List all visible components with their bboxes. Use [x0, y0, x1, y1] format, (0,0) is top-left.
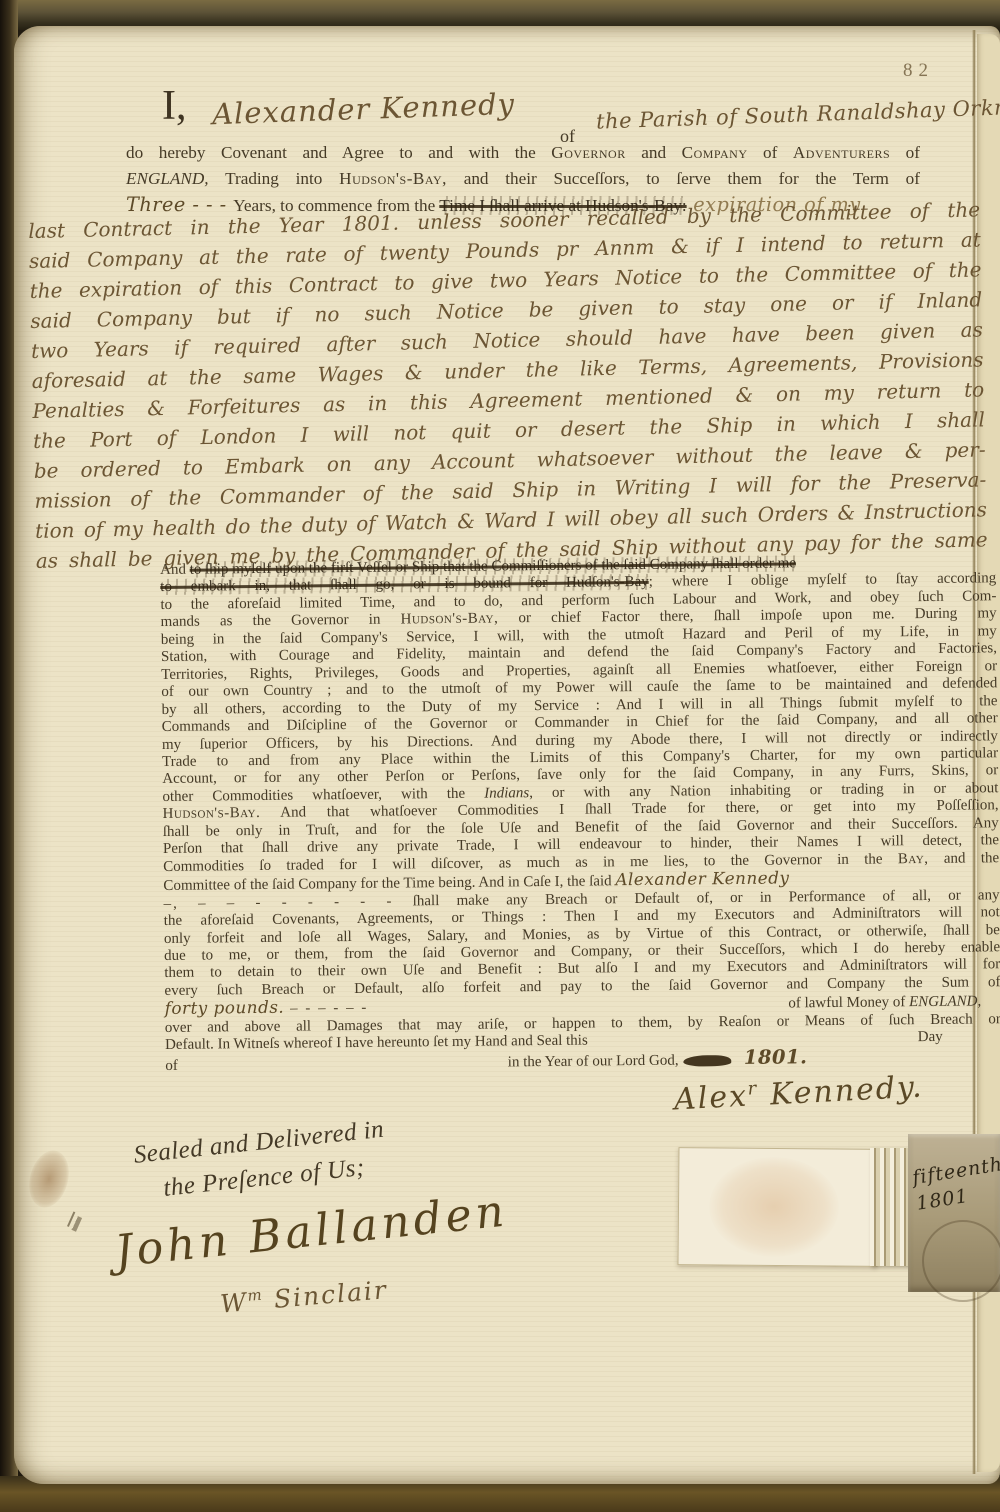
handwritten-terms-block: last Contract in the Year 1801. unless s… — [28, 194, 988, 576]
document-page: 82 I, Alexander Kennedy of the Parish of… — [14, 26, 1000, 1484]
opening-initial: I, — [162, 82, 187, 130]
seal-paper-slip — [677, 1147, 878, 1267]
attestation-clause: Sealed and Delivered inthe Preſence of U… — [132, 1112, 390, 1210]
folded-page-edges — [870, 1148, 912, 1266]
seal-tab: fifteenth1801 — [908, 1134, 1000, 1292]
page-number: 82 — [903, 60, 934, 82]
ink-stain — [23, 1146, 75, 1212]
parish-handwritten: the Parish of South Ranaldshay Orkney — [596, 94, 1000, 133]
contractor-signature: Alexr Kennedy. — [673, 1069, 924, 1117]
contractor-name-handwritten: Alexander Kennedy — [211, 87, 515, 132]
wax-seal-ring — [922, 1220, 1000, 1302]
witness-signature-2: Wm Sinclair — [219, 1275, 389, 1319]
seal-stain — [709, 1156, 840, 1257]
seal-date-handwritten: fifteenth1801 — [910, 1151, 1000, 1217]
printed-covenant-body: And to ſhip myſelf upon the firſt Veſſel… — [160, 553, 1000, 1075]
pen-mark — [67, 1211, 79, 1228]
